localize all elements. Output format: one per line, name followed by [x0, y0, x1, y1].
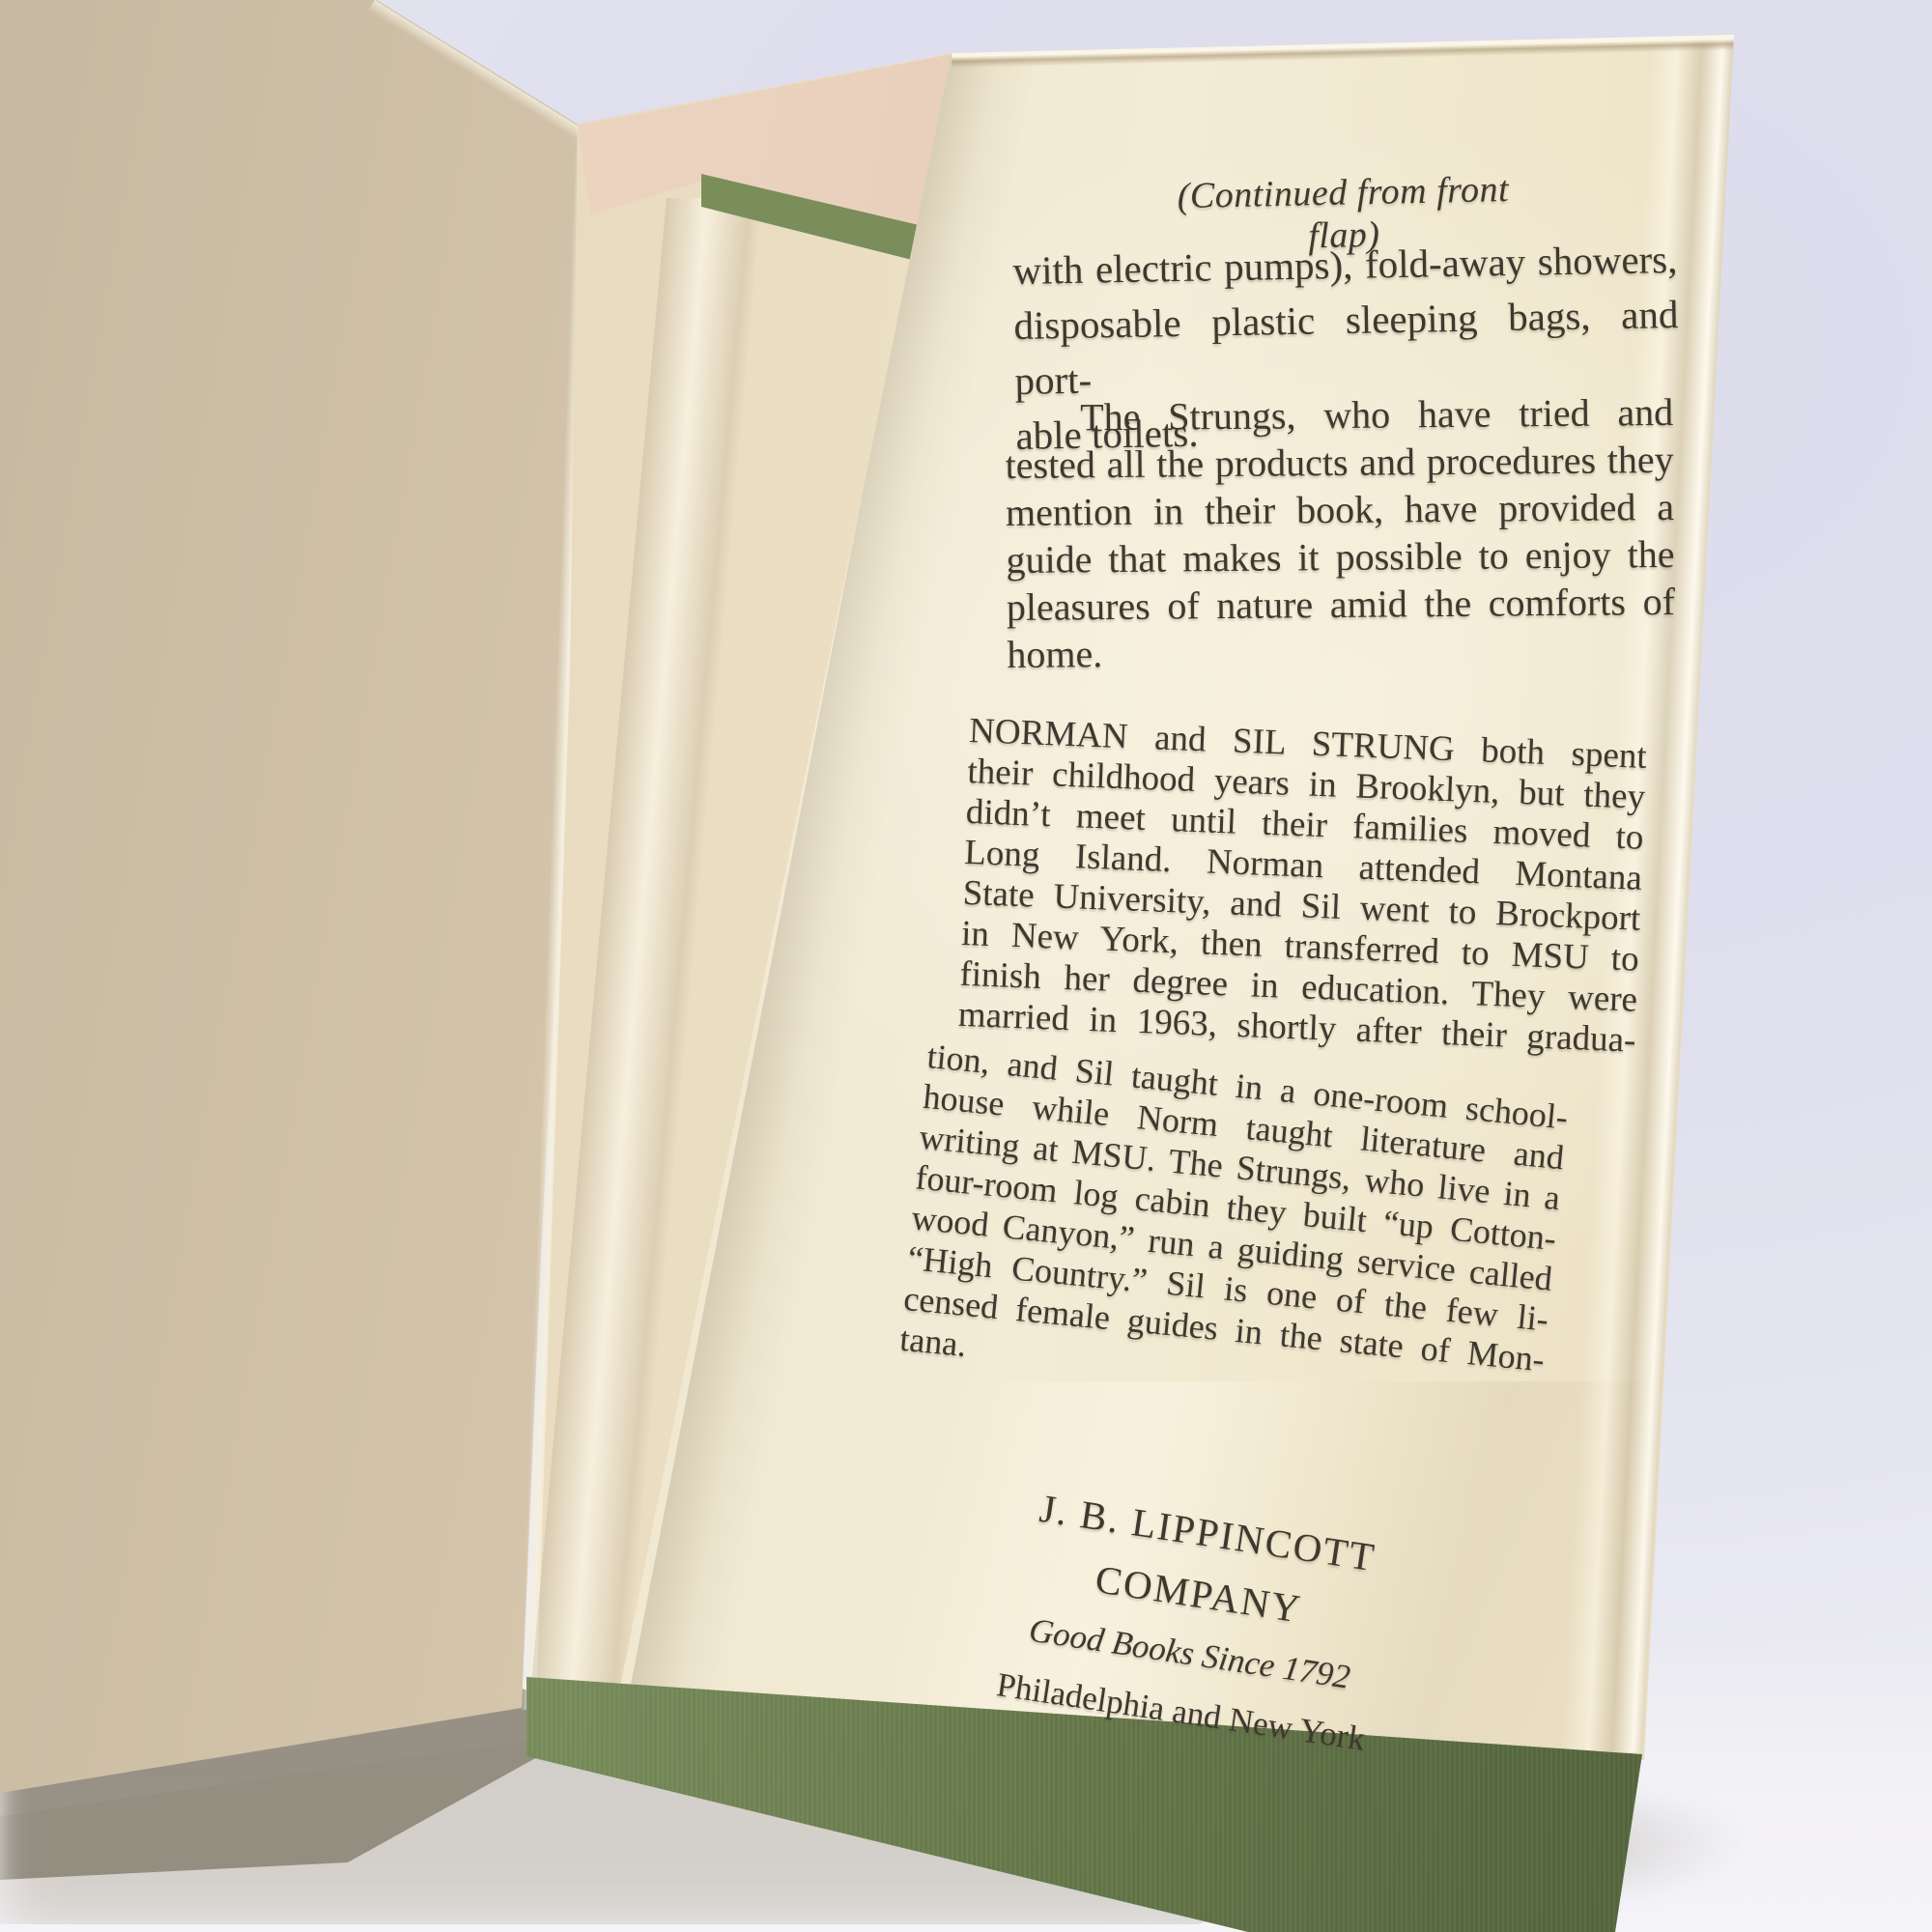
book-photo-scene: (Continued from front flap) with electri…	[0, 0, 1932, 1932]
author-bio-upper: NORMAN and SIL STRUNG both spent their c…	[957, 711, 1647, 1062]
flap-text-line: tested all the products and procedures t…	[1005, 436, 1673, 489]
flap-paragraph-2: The Strungs, who have tried and tested a…	[1005, 388, 1676, 678]
flap-text-line: mention in their book, have provided a	[1006, 483, 1674, 536]
flap-text-line: home.	[1007, 625, 1675, 678]
flap-text-line: guide that makes it possible to enjoy th…	[1006, 530, 1674, 583]
flap-text-line: pleasures of nature amid the comforts of	[1007, 578, 1675, 631]
flap-text-line: The Strungs, who have tried and	[1005, 388, 1673, 441]
author-bio-lower: tion, and Sil taught in a one-room schoo…	[898, 1036, 1570, 1420]
